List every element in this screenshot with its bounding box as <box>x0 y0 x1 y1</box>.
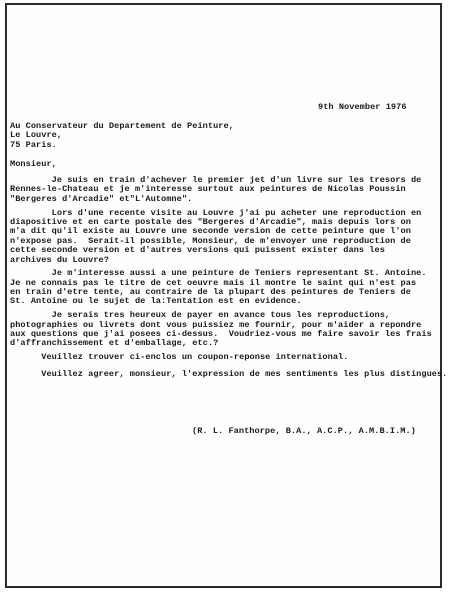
signature-line: (R. L. Fanthorpe, B.A., A.C.P., A.M.B.I.… <box>192 427 416 436</box>
closing-line-1: Veuillez trouver ci-enclos un coupon-rep… <box>10 353 446 362</box>
paragraph-3: Je m'interesse aussi a une peinture de T… <box>10 269 446 307</box>
recipient-address: Au Conservateur du Departement de Peintu… <box>10 122 234 150</box>
letter-body: Je suis en train d'achever le premier je… <box>10 176 446 387</box>
scanned-letter-document: 9th November 1976 Au Conservateur du Dep… <box>0 0 449 600</box>
closing-line-2: Veuillez agreer, monsieur, l'expression … <box>10 370 446 379</box>
paragraph-4: Je serais tres heureux de payer en avanc… <box>10 311 446 349</box>
paragraph-2: Lors d'une recente visite au Louvre j'ai… <box>10 209 446 265</box>
paragraph-1: Je suis en train d'achever le premier je… <box>10 176 446 204</box>
letter-date: 9th November 1976 <box>318 103 407 112</box>
salutation: Monsieur, <box>10 160 57 169</box>
